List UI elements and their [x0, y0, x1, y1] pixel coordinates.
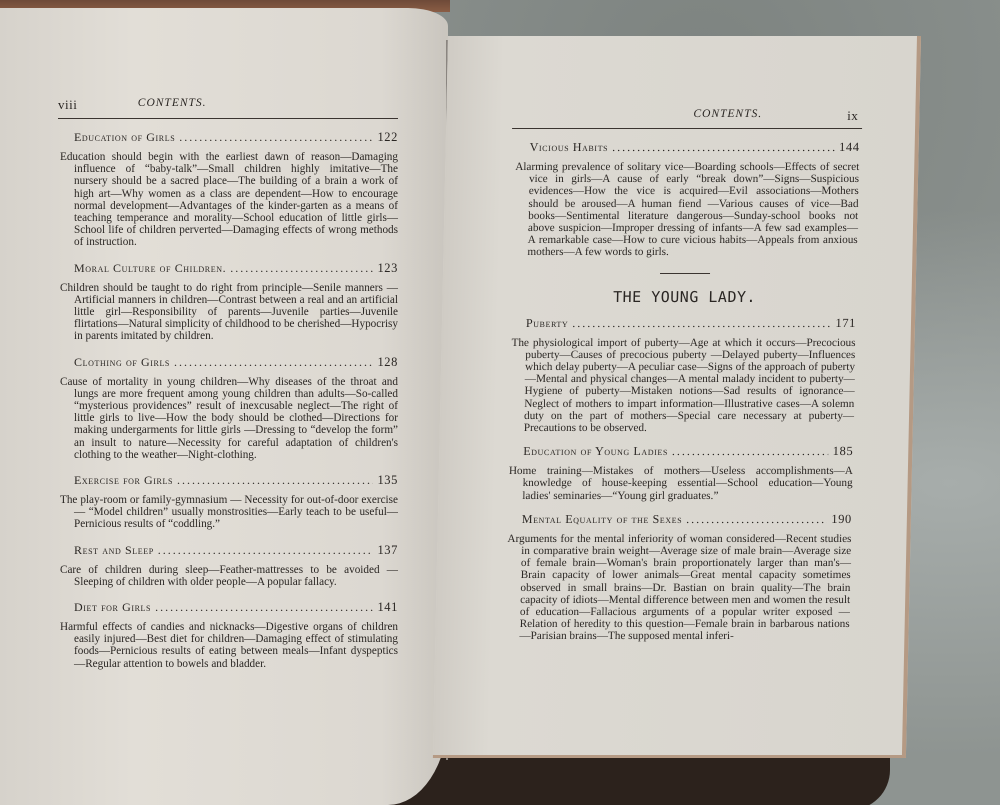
toc-entry-description: Harmful effects of candies and nicknacks… [60, 621, 398, 670]
toc-entry-page: 190 [831, 512, 852, 527]
toc-entry: Moral Culture of Children. 123 Children … [60, 261, 398, 343]
left-page: viii CONTENTS. Education of Girls 122 Ed… [0, 8, 448, 805]
toc-entry-description: Care of children during sleep—Feather-ma… [60, 564, 398, 588]
toc-entry-heading[interactable]: Moral Culture of Children. 123 [60, 261, 398, 276]
left-running-head: viii CONTENTS. [58, 97, 392, 113]
left-head-rule [58, 118, 398, 119]
leader-dots [572, 316, 831, 331]
leader-dots [612, 140, 835, 155]
toc-entry-heading[interactable]: Education of Young Ladies 185 [509, 444, 853, 459]
toc-entry-page: 144 [839, 140, 860, 155]
toc-entry-description: Cause of mortality in young children—Why… [60, 376, 398, 461]
section-title: THE YOUNG LADY. [512, 288, 856, 306]
right-folio: ix [847, 108, 858, 124]
toc-entry-title: Vicious Habits [530, 140, 609, 155]
leader-dots [155, 600, 373, 615]
toc-entry-page: 122 [377, 130, 398, 145]
toc-entry-description: Home training—Mistakes of mothers—Useles… [508, 465, 853, 502]
section-divider-ornament [660, 273, 710, 274]
leader-dots [230, 261, 373, 276]
toc-entry-heading[interactable]: Clothing of Girls 128 [60, 355, 398, 370]
toc-entry-page: 123 [377, 261, 398, 276]
leader-dots [158, 543, 374, 558]
toc-entry-page: 137 [377, 543, 398, 558]
toc-entry-page: 128 [377, 355, 398, 370]
toc-entry-title: Rest and Sleep [74, 543, 154, 558]
right-page: CONTENTS. ix Vicious Habits 144 Alarming… [433, 36, 921, 758]
toc-entry-description: Arguments for the mental inferiority of … [505, 533, 851, 643]
toc-entry-title: Moral Culture of Children. [74, 261, 226, 276]
toc-entry-heading[interactable]: Rest and Sleep 137 [60, 543, 398, 558]
toc-entry: Exercise for Girls 135 The play-room or … [60, 473, 398, 531]
left-running-head-title: CONTENTS. [138, 97, 207, 113]
leader-dots [177, 473, 373, 488]
toc-entry-heading[interactable]: Diet for Girls 141 [60, 600, 398, 615]
leader-dots [174, 355, 373, 370]
toc-entry-title: Clothing of Girls [74, 355, 170, 370]
left-toc-column: Education of Girls 122 Education should … [60, 130, 398, 670]
toc-entry-title: Education of Young Ladies [523, 444, 668, 459]
toc-entry-page: 171 [835, 316, 856, 331]
right-toc-column: Vicious Habits 144 Alarming prevalence o… [505, 140, 860, 643]
toc-entry-description: Children should be taught to do right fr… [60, 282, 398, 343]
leader-dots [672, 444, 829, 459]
toc-entry-heading[interactable]: Vicious Habits 144 [516, 140, 860, 155]
toc-entry: Rest and Sleep 137 Care of children duri… [60, 543, 398, 588]
toc-entry-page: 185 [833, 444, 854, 459]
toc-entry-description: The physiological import of puberty—Age … [510, 337, 856, 435]
toc-entry-heading[interactable]: Puberty 171 [512, 316, 856, 331]
toc-entry: Education of Young Ladies 185 Home train… [508, 444, 853, 502]
toc-entry: Education of Girls 122 Education should … [60, 130, 398, 249]
toc-entry: Vicious Habits 144 Alarming prevalence o… [513, 140, 859, 259]
toc-entry-title: Mental Equality of the Sexes [522, 512, 683, 527]
right-head-rule [512, 128, 862, 129]
toc-entry-heading[interactable]: Exercise for Girls 135 [60, 473, 398, 488]
left-folio: viii [58, 97, 77, 113]
toc-entry-heading[interactable]: Mental Equality of the Sexes 190 [508, 512, 852, 527]
toc-entry-title: Diet for Girls [74, 600, 151, 615]
toc-entry: Mental Equality of the Sexes 190 Argumen… [505, 512, 852, 643]
toc-entry-title: Puberty [526, 316, 569, 331]
right-running-head: CONTENTS. ix [518, 108, 858, 124]
toc-entry: Puberty 171 The physiological import of … [510, 316, 856, 435]
toc-entry-description: Education should begin with the earliest… [60, 151, 398, 249]
toc-entry-page: 135 [377, 473, 398, 488]
leader-dots [686, 512, 827, 527]
toc-entry-page: 141 [377, 600, 398, 615]
toc-entry-description: Alarming prevalence of solitary vice—Boa… [513, 161, 859, 259]
right-running-head-title: CONTENTS. [693, 108, 762, 124]
leader-dots [179, 130, 373, 145]
toc-entry: Clothing of Girls 128 Cause of mortality… [60, 355, 398, 461]
toc-entry-description: The play-room or family-gymnasium — Nece… [60, 494, 398, 531]
toc-entry-title: Education of Girls [74, 130, 175, 145]
toc-entry-heading[interactable]: Education of Girls 122 [60, 130, 398, 145]
toc-entry: Diet for Girls 141 Harmful effects of ca… [60, 600, 398, 670]
toc-entry-title: Exercise for Girls [74, 473, 173, 488]
